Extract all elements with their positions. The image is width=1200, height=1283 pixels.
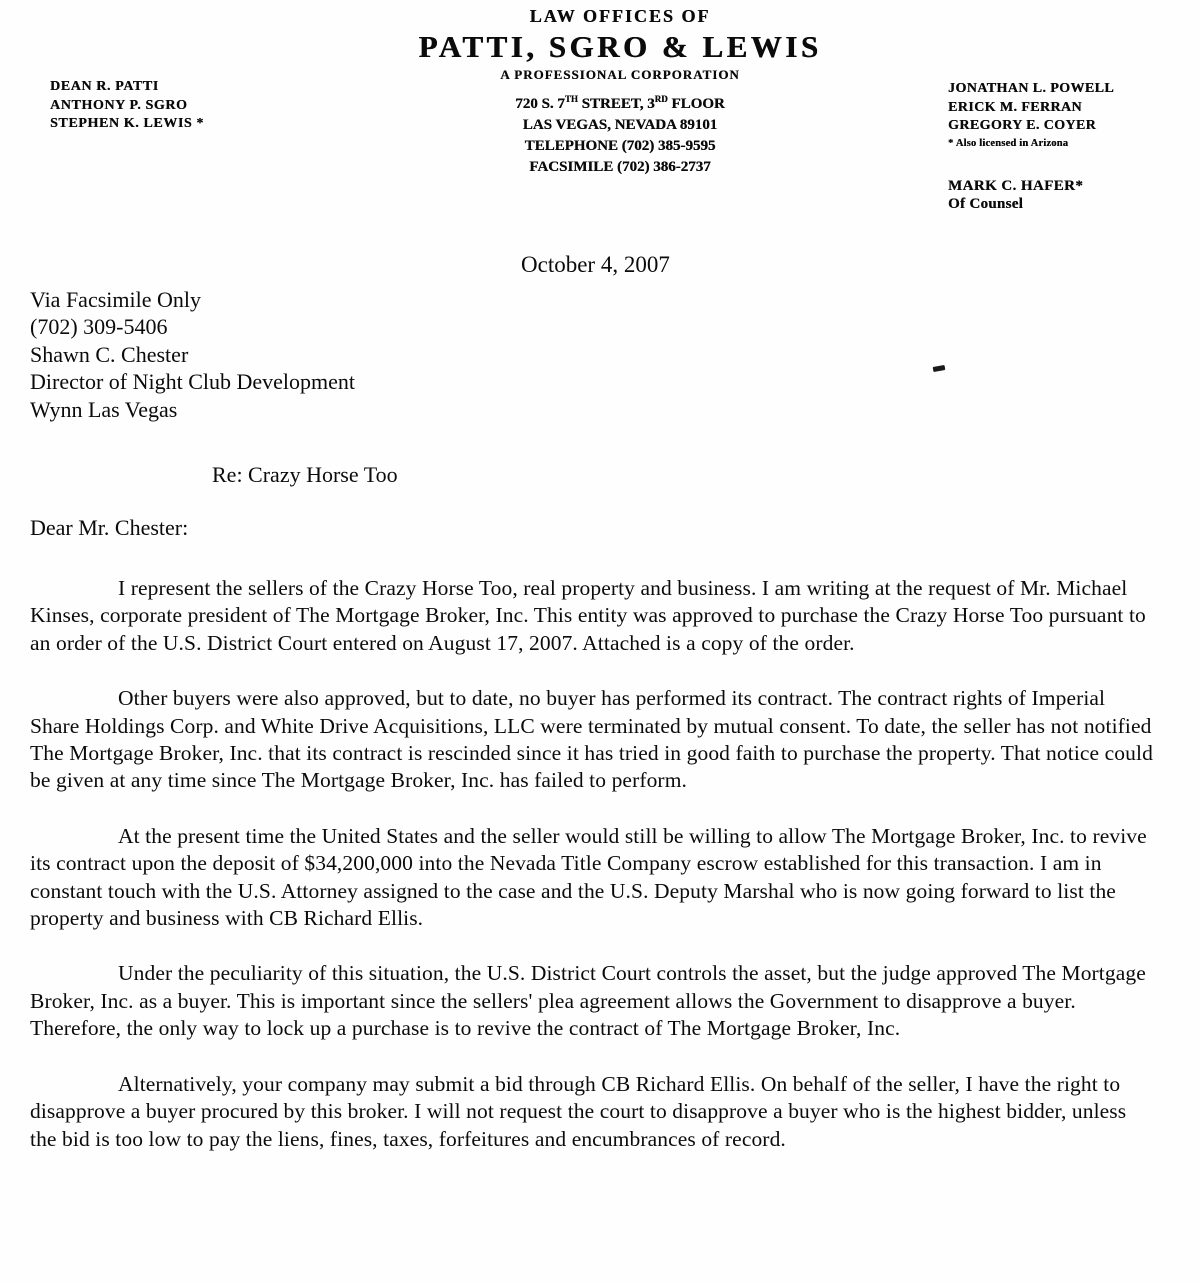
recipient-line-company: Wynn Las Vegas — [30, 396, 355, 423]
scanned-letter-page: LAW OFFICES OF PATTI, SGRO & LEWIS A PRO… — [0, 0, 1200, 1283]
of-counsel-title: Of Counsel — [948, 195, 1114, 214]
body-paragraph-5: Alternatively, your company may submit a… — [30, 1071, 1157, 1153]
firm-telephone: TELEPHONE (702) 385-9595 — [320, 136, 920, 157]
body-paragraph-3: At the present time the United States an… — [30, 823, 1157, 933]
firm-name: PATTI, SGRO & LEWIS — [320, 29, 920, 65]
arizona-license-note: * Also licensed in Arizona — [948, 137, 1114, 150]
recipient-line-delivery-method: Via Facsimile Only — [30, 286, 355, 313]
attorney-name: ERICK M. FERRAN — [948, 99, 1114, 118]
firm-city: LAS VEGAS, NEVADA 89101 — [320, 115, 920, 136]
attorneys-right-column: JONATHAN L. POWELL ERICK M. FERRAN GREGO… — [948, 80, 1114, 214]
street-ordinal-th: TH — [565, 94, 578, 104]
salutation: Dear Mr. Chester: — [30, 515, 188, 541]
attorney-name: JONATHAN L. POWELL — [948, 80, 1114, 99]
recipient-line-title: Director of Night Club Development — [30, 368, 355, 395]
firm-street: 720 S. 7TH STREET, 3RD FLOOR — [320, 94, 920, 115]
attorney-name: GREGORY E. COYER — [948, 117, 1114, 136]
firm-address-block: 720 S. 7TH STREET, 3RD FLOOR LAS VEGAS, … — [320, 94, 920, 178]
attorneys-left-column: DEAN R. PATTI ANTHONY P. SGRO STEPHEN K.… — [50, 78, 204, 134]
letterhead: LAW OFFICES OF PATTI, SGRO & LEWIS A PRO… — [320, 6, 920, 178]
recipient-line-name: Shawn C. Chester — [30, 341, 355, 368]
body-paragraph-2: Other buyers were also approved, but to … — [30, 685, 1157, 795]
re-line: Re: Crazy Horse Too — [212, 462, 398, 488]
body-paragraph-1: I represent the sellers of the Crazy Hor… — [30, 575, 1157, 657]
of-counsel-name: MARK C. HAFER* — [948, 177, 1114, 196]
attorney-name: DEAN R. PATTI — [50, 78, 204, 97]
recipient-block: Via Facsimile Only (702) 309-5406 Shawn … — [30, 286, 355, 423]
letter-body: I represent the sellers of the Crazy Hor… — [30, 575, 1157, 1181]
recipient-line-fax-number: (702) 309-5406 — [30, 313, 355, 340]
street-ordinal-rd: RD — [655, 94, 668, 104]
firm-facsimile: FACSIMILE (702) 386-2737 — [320, 157, 920, 178]
firm-prefix: LAW OFFICES OF — [320, 6, 920, 27]
letter-date: October 4, 2007 — [521, 252, 670, 278]
attorney-name: ANTHONY P. SGRO — [50, 97, 204, 116]
attorney-name: STEPHEN K. LEWIS * — [50, 115, 204, 134]
scan-artifact-mark — [933, 365, 946, 372]
firm-subtitle: A PROFESSIONAL CORPORATION — [320, 67, 920, 83]
body-paragraph-4: Under the peculiarity of this situation,… — [30, 960, 1157, 1042]
